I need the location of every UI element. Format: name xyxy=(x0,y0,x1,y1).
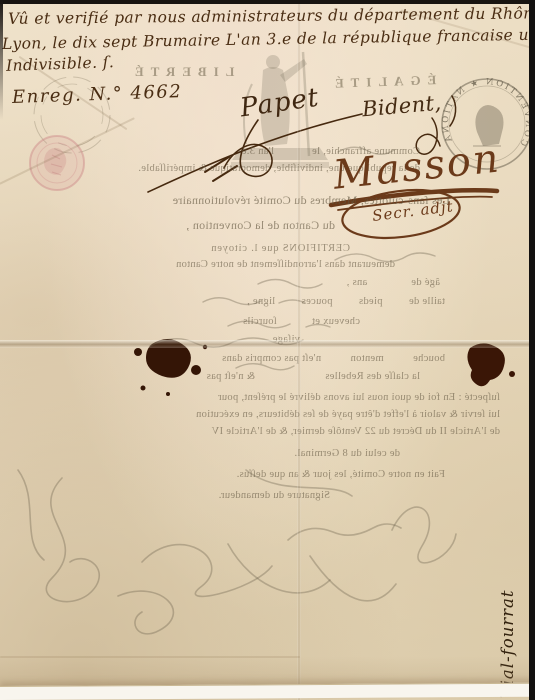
showthrough-line: taille de pieds pouces ligne , xyxy=(247,296,445,307)
verification-note-line-3: Indivisible. ſ. xyxy=(6,53,115,75)
photo-border-right xyxy=(529,0,535,700)
showthrough-line: CERTIFIONS que l. citoyen xyxy=(210,243,350,254)
showthrough-line: bouche menton n'eſt pas compris dans xyxy=(222,353,445,364)
photo-border-left xyxy=(0,0,3,120)
showthrough-motto-liberte: LIBERTÉ xyxy=(128,64,234,80)
showthrough-line: demeurant dans l'arrondiſſement de notre… xyxy=(176,259,395,270)
showthrough-line: du Canton de la Convention , xyxy=(186,218,335,233)
photo-border-top xyxy=(0,0,535,4)
showthrough-line: de l'Article II du Décret du 22 Ventôſe … xyxy=(211,426,500,437)
showthrough-line: lui ſervir & valoir à l'effet d'être pay… xyxy=(196,409,500,420)
showthrough-line: âgé de ans , xyxy=(346,277,440,288)
showthrough-line: Fait en notre Comité, les jour & an que … xyxy=(236,469,445,480)
showthrough-line: Signature du demandeur. xyxy=(218,490,330,501)
showthrough-line: de celui du 8 Germinal. xyxy=(294,448,400,459)
showthrough-line: la claſſe des Rebelles & n'eſt pas xyxy=(207,371,421,382)
showthrough-line: ſuſpecté : En foi de quoi nous lui avons… xyxy=(218,392,500,403)
fold-crease-horizontal xyxy=(0,340,535,348)
document-photo: CONVENTION ★ NATIONALE ★ xyxy=(0,0,535,700)
showthrough-line: cheveux et ſourcils xyxy=(243,316,360,327)
